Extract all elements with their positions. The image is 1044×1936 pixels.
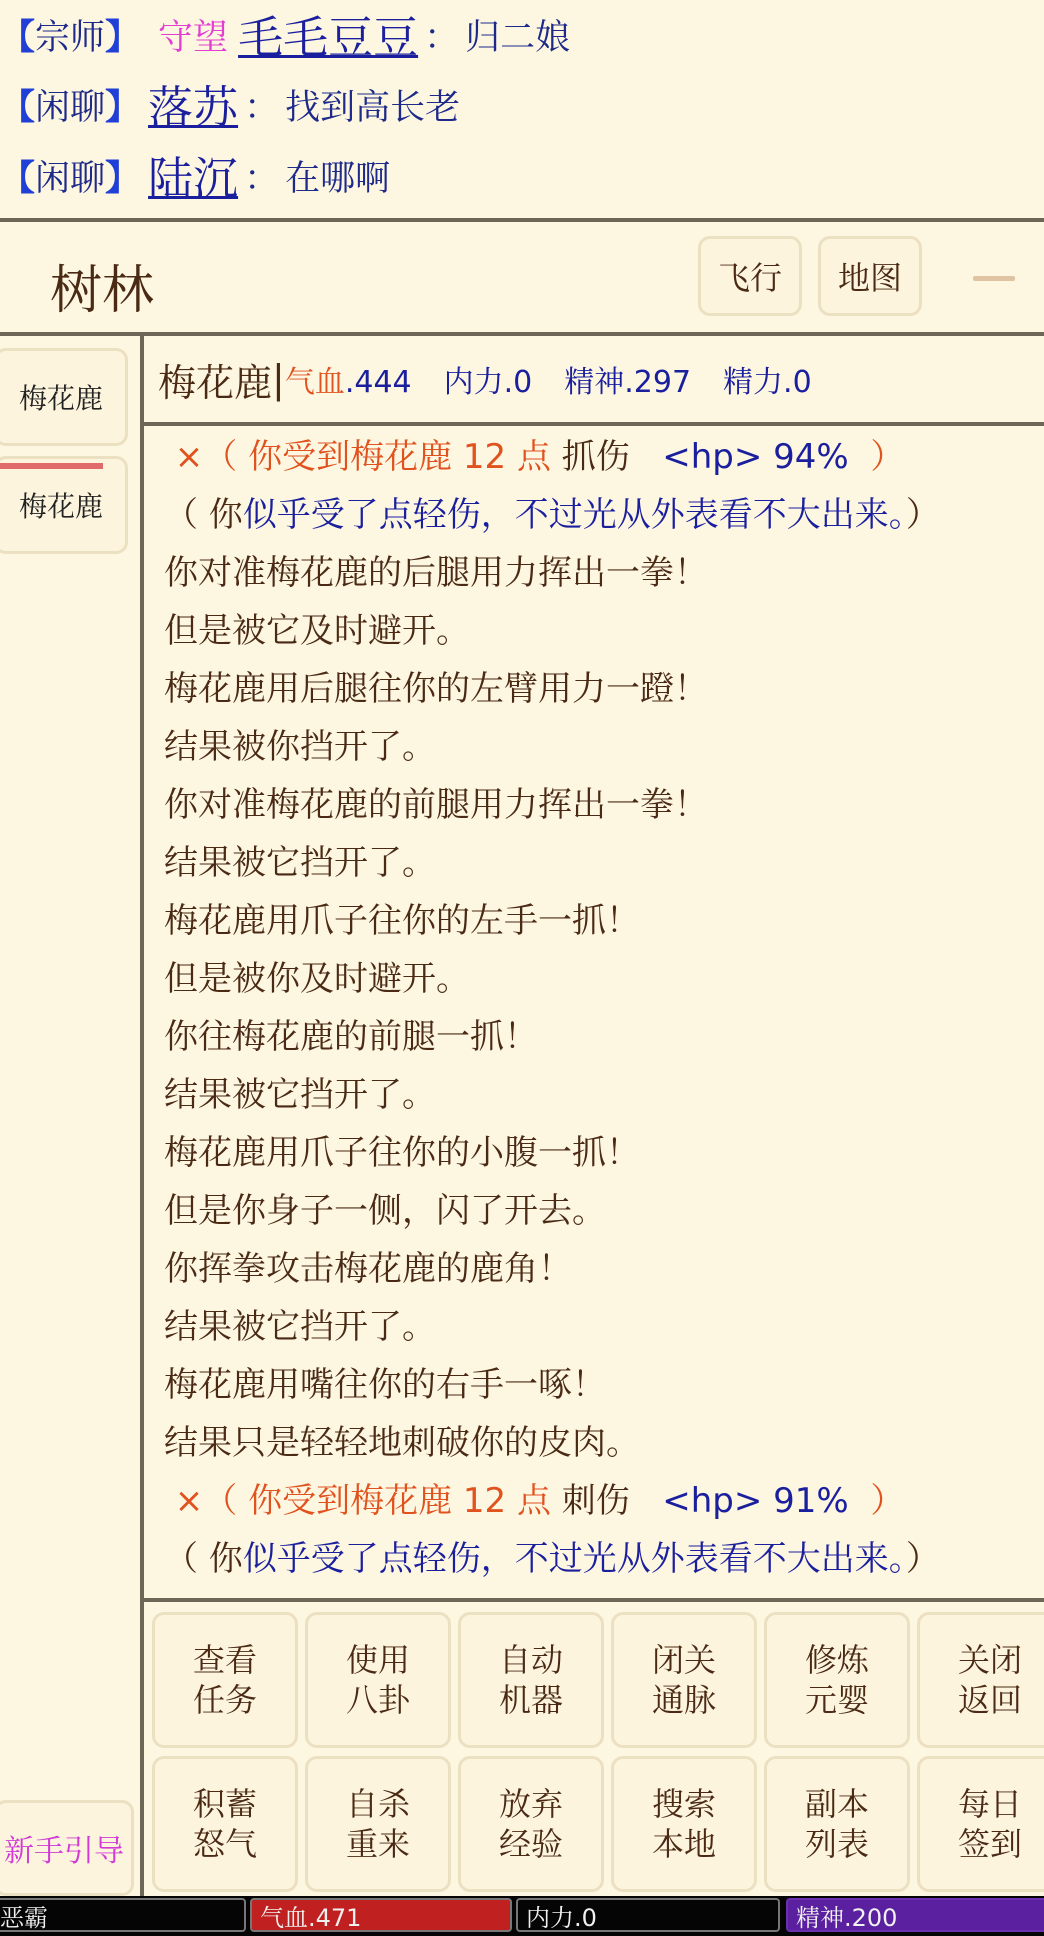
action-label-line2: 返回 [958, 1680, 1022, 1720]
log-segment: 结果被你挡开了。 [164, 727, 436, 767]
chat-channel: 闲聊 [35, 151, 105, 201]
action-label-line1: 闭关 [652, 1640, 716, 1680]
action-button[interactable]: 闭关通脉 [611, 1612, 757, 1748]
action-button[interactable]: 查看任务 [152, 1612, 298, 1748]
log-line: 结果被你挡开了。 [164, 718, 436, 776]
combat-log: ×（ 你受到梅花鹿 12 点 抓伤 <hp> 94% ）（ 你似乎受了点轻伤，不… [144, 428, 1044, 1596]
log-segment: 抓伤 [562, 437, 630, 477]
newbie-guide-button[interactable]: 新手引导 [0, 1800, 134, 1896]
bracket-close: 】 [105, 151, 140, 201]
action-label-line1: 自杀 [346, 1784, 410, 1824]
action-button[interactable]: 副本列表 [764, 1756, 910, 1892]
chat-colon: ： [244, 151, 279, 201]
player-jingshen-bar: 精神.200 [786, 1898, 1044, 1932]
bracket-close: 】 [105, 80, 140, 130]
log-line: 但是被它及时避开。 [164, 602, 470, 660]
action-label-line2: 元婴 [805, 1680, 869, 1720]
log-line: 梅花鹿用爪子往你的左手一抓！ [164, 892, 640, 950]
player-hp-bar: 气血.471 [250, 1898, 512, 1932]
target-hp: 气血.444 [285, 357, 412, 401]
location-title: 树林 [50, 248, 154, 323]
log-line: 你对准梅花鹿的后腿用力挥出一拳！ [164, 544, 708, 602]
log-segment: ） [860, 437, 905, 477]
action-button[interactable]: 自动机器 [458, 1612, 604, 1748]
action-label-line1: 搜索 [652, 1784, 716, 1824]
log-segment: ） [860, 1481, 905, 1521]
action-button[interactable]: 放弃经验 [458, 1756, 604, 1892]
chat-message: 找到高长老 [285, 80, 460, 130]
action-button[interactable]: 自杀重来 [305, 1756, 451, 1892]
log-segment: 刺伤 [562, 1481, 630, 1521]
action-button[interactable]: 修炼元婴 [764, 1612, 910, 1748]
player-neili-bar: 内力.0 [516, 1898, 780, 1932]
chat-channel: 闲聊 [35, 80, 105, 130]
action-label-line2: 重来 [346, 1824, 410, 1864]
log-line: 梅花鹿用后腿往你的左臂用力一蹬！ [164, 660, 708, 718]
log-line: 你对准梅花鹿的前腿用力挥出一拳！ [164, 776, 708, 834]
log-segment: 但是被它及时避开。 [164, 611, 470, 651]
log-segment: 结果被它挡开了。 [164, 1307, 436, 1347]
action-label-line1: 副本 [805, 1784, 869, 1824]
action-grid: 查看任务使用八卦自动机器闭关通脉修炼元婴关闭返回积蓄怒气自杀重来放弃经验搜索本地… [144, 1604, 1044, 1896]
target-jingshen: 精神.297 [564, 357, 691, 401]
chat-panel: 【 宗师 】 守望 毛毛豆豆 ： 归二娘 【 闲聊 】 落苏 ： 找到高长老 【… [0, 0, 1044, 218]
action-label-line2: 八卦 [346, 1680, 410, 1720]
chat-message: 归二娘 [465, 10, 570, 60]
log-segment: 梅花鹿用爪子往你的左手一抓！ [164, 901, 640, 941]
log-segment: 梅花鹿用嘴往你的右手一啄！ [164, 1365, 606, 1405]
action-label-line2: 通脉 [652, 1680, 716, 1720]
action-label-line2: 怒气 [193, 1824, 257, 1864]
log-segment: ） [906, 1539, 940, 1579]
chat-channel: 宗师 [35, 10, 105, 60]
log-segment: ×（ 你受到梅花鹿 12 点 [164, 1481, 562, 1521]
log-segment: 你对准梅花鹿的前腿用力挥出一拳！ [164, 785, 708, 825]
log-segment: （ 你 [164, 1539, 243, 1579]
hp-value: .444 [345, 365, 412, 400]
action-label-line2: 机器 [499, 1680, 563, 1720]
target-stats: 梅花鹿 | 气血.444 内力.0 精神.297 精力.0 [144, 336, 1044, 422]
bracket-open: 【 [0, 80, 35, 130]
log-segment: 结果被它挡开了。 [164, 1075, 436, 1115]
chat-speaker-link[interactable]: 陆沉 [148, 156, 238, 201]
target-neili: 内力.0 [444, 357, 533, 401]
chat-speaker-link[interactable]: 毛毛豆豆 [238, 15, 418, 60]
log-line: 你往梅花鹿的前腿一抓！ [164, 1008, 538, 1066]
action-label-line2: 任务 [193, 1680, 257, 1720]
log-segment: ×（ 你受到梅花鹿 12 点 [164, 437, 562, 477]
map-button[interactable]: 地图 [818, 236, 922, 316]
log-segment: 似乎受了点轻伤，不过光从外表看不大出来。 [243, 1539, 906, 1579]
log-segment: 梅花鹿用爪子往你的小腹一抓！ [164, 1133, 640, 1173]
log-segment: 但是你身子一侧，闪了开去。 [164, 1191, 606, 1231]
log-line: 梅花鹿用嘴往你的右手一啄！ [164, 1356, 606, 1414]
action-label-line1: 使用 [346, 1640, 410, 1680]
action-label-line2: 本地 [652, 1824, 716, 1864]
chat-line: 【 宗师 】 守望 毛毛豆豆 ： 归二娘 [0, 0, 570, 60]
log-line: ×（ 你受到梅花鹿 12 点 刺伤 <hp> 91% ） [164, 1472, 904, 1530]
action-label-line1: 查看 [193, 1640, 257, 1680]
target-jingli: 精力.0 [723, 357, 812, 401]
location-header: 树林 飞行 地图 [0, 224, 1044, 332]
log-segment: 你挥拳攻击梅花鹿的鹿角！ [164, 1249, 572, 1289]
divider [144, 1598, 1044, 1602]
action-button[interactable]: 每日签到 [917, 1756, 1044, 1892]
collapse-button[interactable] [944, 238, 1044, 318]
action-label-line1: 关闭 [958, 1640, 1022, 1680]
separator: | [272, 357, 285, 401]
log-segment: 结果只是轻轻地刺破你的皮肉。 [164, 1423, 640, 1463]
action-button[interactable]: 积蓄怒气 [152, 1756, 298, 1892]
bracket-close: 】 [105, 10, 140, 60]
action-label-line1: 积蓄 [193, 1784, 257, 1824]
log-line: 结果被它挡开了。 [164, 1066, 436, 1124]
chat-message: 在哪啊 [285, 151, 390, 201]
log-line: （ 你似乎受了点轻伤，不过光从外表看不大出来。） [164, 486, 940, 544]
divider [144, 422, 1044, 426]
sidebar-item-label: 梅花鹿 [19, 485, 103, 525]
log-line: 结果被它挡开了。 [164, 1298, 436, 1356]
action-button[interactable]: 关闭返回 [917, 1612, 1044, 1748]
log-line: （ 你似乎受了点轻伤，不过光从外表看不大出来。） [164, 1530, 940, 1588]
log-line: 梅花鹿用爪子往你的小腹一抓！ [164, 1124, 640, 1182]
log-line: 但是你身子一侧，闪了开去。 [164, 1182, 606, 1240]
player-status-bar: 恶霸 气血.471 内力.0 精神.200 [0, 1896, 1044, 1936]
log-segment: 但是被你及时避开。 [164, 959, 470, 999]
player-name: 恶霸 [0, 1898, 246, 1932]
chat-title-tag: 守望 [158, 10, 228, 60]
action-label-line1: 放弃 [499, 1784, 563, 1824]
target-hp-bar [0, 463, 103, 469]
action-label-line1: 修炼 [805, 1640, 869, 1680]
bracket-open: 【 [0, 151, 35, 201]
log-segment: 结果被它挡开了。 [164, 843, 436, 883]
log-segment: （ 你 [164, 495, 243, 535]
target-sidebar: 梅花鹿 梅花鹿 新手引导 [0, 336, 144, 1896]
action-label-line2: 签到 [958, 1824, 1022, 1864]
chat-colon: ： [244, 80, 279, 130]
log-line: 你挥拳攻击梅花鹿的鹿角！ [164, 1240, 572, 1298]
log-segment: 梅花鹿用后腿往你的左臂用力一蹬！ [164, 669, 708, 709]
action-label-line1: 自动 [499, 1640, 563, 1680]
action-label-line2: 列表 [805, 1824, 869, 1864]
chat-speaker-link[interactable]: 落苏 [148, 85, 238, 130]
action-label-line2: 经验 [499, 1824, 563, 1864]
minus-icon [973, 276, 1015, 281]
log-line: 结果只是轻轻地刺破你的皮肉。 [164, 1414, 640, 1472]
chat-line: 【 闲聊 】 陆沉 ： 在哪啊 [0, 141, 390, 201]
log-segment: ） [906, 495, 940, 535]
log-line: ×（ 你受到梅花鹿 12 点 抓伤 <hp> 94% ） [164, 428, 904, 486]
hp-label: 气血 [285, 365, 345, 400]
sidebar-item-target[interactable]: 梅花鹿 [0, 348, 128, 446]
log-segment: 似乎受了点轻伤，不过光从外表看不大出来。 [243, 495, 906, 535]
log-segment: 你往梅花鹿的前腿一抓！ [164, 1017, 538, 1057]
divider [0, 218, 1044, 222]
log-line: 结果被它挡开了。 [164, 834, 436, 892]
log-segment: <hp> 91% [630, 1481, 860, 1521]
bracket-open: 【 [0, 10, 35, 60]
fly-button[interactable]: 飞行 [698, 236, 802, 316]
target-name: 梅花鹿 [158, 352, 272, 407]
action-button[interactable]: 使用八卦 [305, 1612, 451, 1748]
log-segment: <hp> 94% [630, 437, 860, 477]
chat-colon: ： [424, 10, 459, 60]
chat-line: 【 闲聊 】 落苏 ： 找到高长老 [0, 70, 460, 130]
log-segment: 你对准梅花鹿的后腿用力挥出一拳！ [164, 553, 708, 593]
log-line: 但是被你及时避开。 [164, 950, 470, 1008]
action-label-line1: 每日 [958, 1784, 1022, 1824]
action-button[interactable]: 搜索本地 [611, 1756, 757, 1892]
sidebar-item-target[interactable]: 梅花鹿 [0, 456, 128, 554]
